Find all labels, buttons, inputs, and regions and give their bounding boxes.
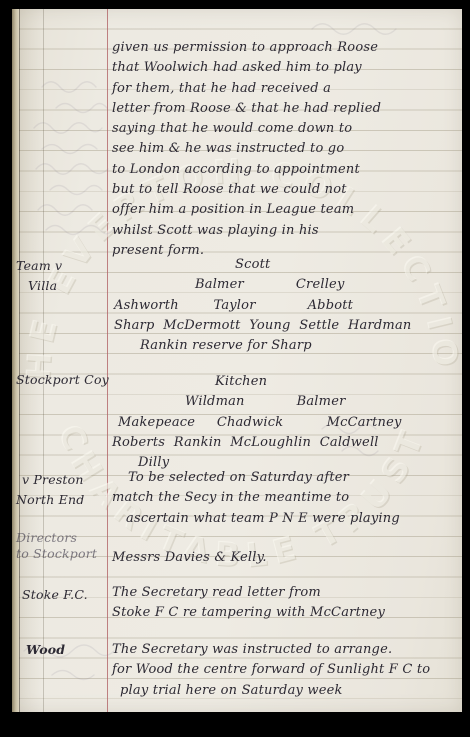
team-lineup-line: Rankin reserve for Sharp — [112, 336, 460, 356]
handwritten-line: play trial here on Saturday week — [112, 681, 460, 701]
handwritten-line: match the Secy in the meantime to — [112, 488, 460, 508]
margin-heading-team-v-villa: Team v Villa — [16, 256, 108, 297]
handwritten-line: ascertain what team P N E were playing — [112, 509, 460, 529]
entry-stoke-note: The Secretary read letter from Stoke F C… — [112, 583, 460, 624]
margin-heading-wood: Wood — [16, 640, 108, 660]
team-lineup-line: Balmer Crelley — [112, 275, 460, 295]
team-lineup-line: Roberts Rankin McLoughlin Caldwell — [112, 433, 460, 453]
handwritten-line: Stoke F C re tampering with McCartney — [112, 603, 460, 623]
margin-heading-line: Wood — [16, 640, 108, 660]
handwritten-line: see him & he was instructed to go — [112, 139, 460, 159]
handwritten-line: Messrs Davies & Kelly. — [112, 548, 460, 568]
team-lineup-line: Sharp McDermott Young Settle Hardman — [112, 316, 460, 336]
margin-heading-directors-to-stockport: Directors to Stockport — [16, 530, 108, 562]
handwritten-line: for them, that he had received a — [112, 79, 460, 99]
team-lineup-line: Ashworth Taylor Abbott — [112, 296, 460, 316]
handwritten-line: letter from Roose & that he had replied — [112, 99, 460, 119]
handwritten-line: The Secretary was instructed to arrange. — [112, 640, 460, 660]
margin-heading-v-preston-north-end: v Preston North End — [16, 470, 108, 511]
entry-roose-paragraph: given us permission to approach Roose th… — [112, 38, 460, 261]
entry-wood-note: The Secretary was instructed to arrange.… — [112, 640, 460, 701]
handwritten-line: saying that he would come down to — [112, 119, 460, 139]
margin-heading-line: v Preston — [16, 470, 108, 490]
handwritten-line: offer him a position in League team — [112, 200, 460, 220]
entry-preston-note: To be selected on Saturday after match t… — [112, 468, 460, 529]
margin-heading-line: North End — [16, 490, 108, 510]
entry-villa-team-selection: Scott Balmer Crelley Ashworth Taylor Abb… — [112, 255, 460, 356]
margin-heading-line: Directors — [16, 530, 108, 546]
photograph-black-backdrop: { "colors": { "backdrop": "#000000", "pa… — [0, 0, 470, 737]
margin-heading-line: to Stockport — [16, 546, 108, 562]
handwritten-line: that Woolwich had asked him to play — [112, 58, 460, 78]
minute-book-page: THE EVERTON COLLECTION THE EVERTON COLLE… — [12, 9, 462, 712]
team-lineup-line: Makepeace Chadwick McCartney — [112, 413, 460, 433]
handwritten-line: To be selected on Saturday after — [112, 468, 460, 488]
entry-directors-note: Messrs Davies & Kelly. — [112, 548, 460, 568]
team-lineup-line: Wildman Balmer — [112, 392, 460, 412]
margin-heading-line: Team v — [16, 256, 108, 276]
handwritten-line: whilst Scott was playing in his — [112, 221, 460, 241]
handwritten-line: for Wood the centre forward of Sunlight … — [112, 660, 460, 680]
margin-heading-stoke-fc: Stoke F.C. — [16, 585, 108, 605]
margin-heading-line: Villa — [16, 276, 108, 296]
margin-heading-stockport-coy: Stockport Coy — [16, 370, 108, 390]
page-crease — [43, 9, 44, 712]
margin-heading-line: Stoke F.C. — [16, 585, 108, 605]
entry-stockport-team-selection: Kitchen Wildman Balmer Makepeace Chadwic… — [112, 372, 460, 473]
handwritten-line: given us permission to approach Roose — [112, 38, 460, 58]
margin-heading-line: Stockport Coy — [16, 370, 108, 390]
handwritten-line: to London according to appointment — [112, 160, 460, 180]
binding-edge — [12, 9, 19, 712]
team-lineup-line: Kitchen — [112, 372, 460, 392]
red-margin-rule — [107, 9, 108, 712]
gutter-shadow — [20, 9, 43, 712]
handwritten-line: The Secretary read letter from — [112, 583, 460, 603]
handwritten-line: but to tell Roose that we could not — [112, 180, 460, 200]
team-lineup-line: Scott — [112, 255, 460, 275]
